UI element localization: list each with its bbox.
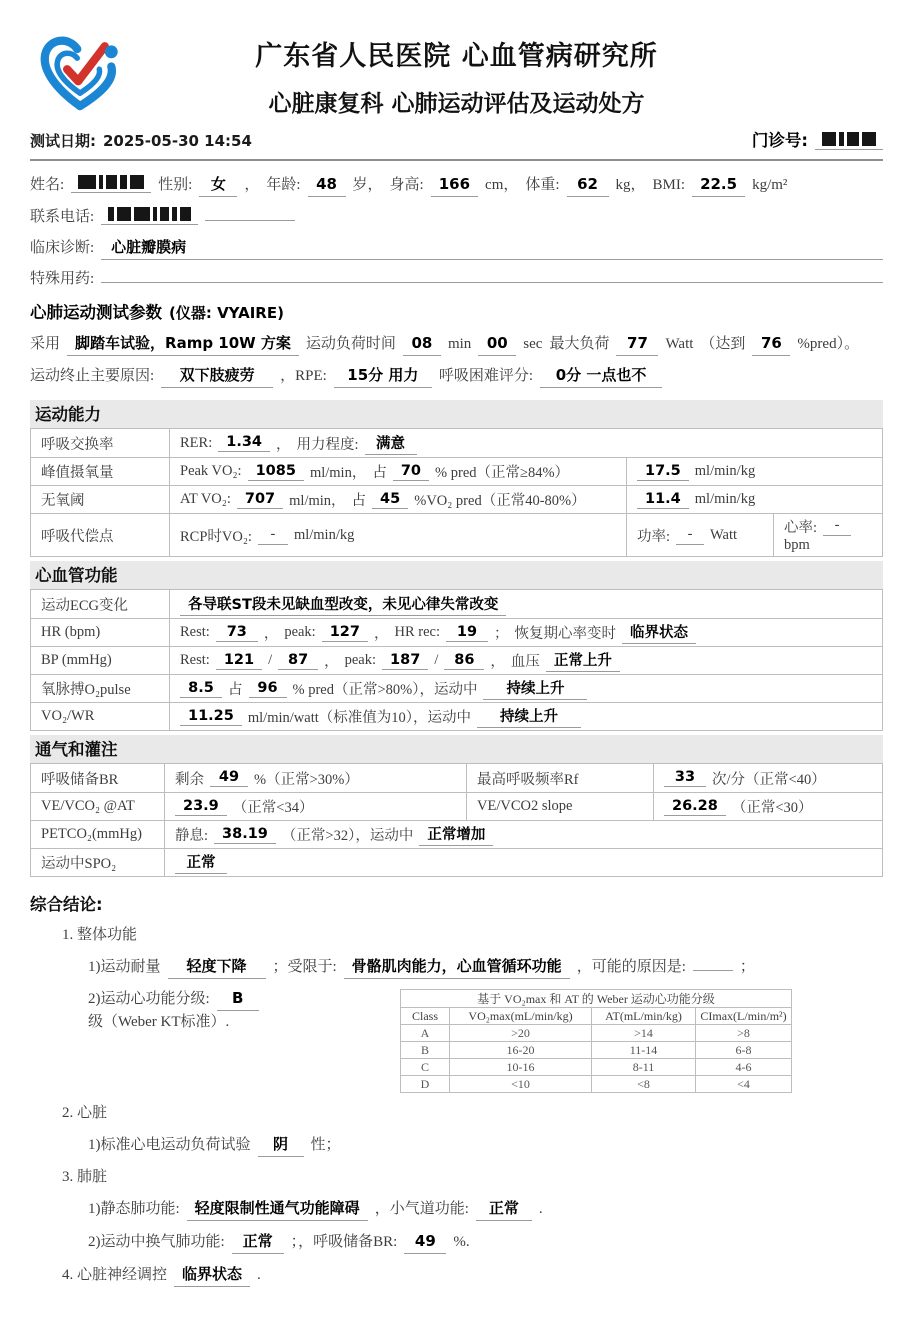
test-date-label: 测试日期: [30,130,96,152]
text-segment: 最大负荷 [549,333,609,355]
value-cell: 剩余49%（正常>30%） [164,764,466,792]
row-label-cell: 运动中SPO₂ [31,849,164,876]
value-cell: 各导联ST段未见缺血型改变，未见心律失常改变 [169,590,882,618]
row-label-cell: 呼吸储备BR [31,764,164,792]
text-segment: 采用 [30,333,60,355]
text-segment: AT(mL/min/kg) [605,1009,682,1024]
conclusion-heading: 综合结论: [30,891,883,915]
section-exercise-capacity: 运动能力 [30,400,883,428]
text-segment: <10 [511,1077,530,1092]
rcp-vo2: - [258,526,288,545]
peak-vo2: 1085 [248,463,304,481]
table-row: VE/VCO₂ @AT23.9（正常<34）VE/VCO2 slope26.28… [31,792,882,820]
text-segment: 6-8 [736,1043,752,1058]
text-segment: 级（Weber KT标准）. [88,1011,229,1033]
row-label-cell: 无氧阈 [31,486,169,513]
bp-peak-dia: 86 [444,652,484,670]
value-cell: 10-16 [449,1059,591,1075]
clinic-no-redacted [815,131,883,150]
row-label-cell: 运动ECG变化 [31,590,169,618]
row-label-cell: 基于 VO₂max 和 AT 的 Weber 运动心功能分级 [401,990,791,1007]
params-title: 心肺运动测试参数 [30,302,162,324]
text-segment: HR (bpm) [41,624,100,641]
bp-peak-sys: 187 [382,652,428,670]
text-segment: >8 [737,1026,750,1041]
cardiovascular-table: 运动ECG变化各导联ST段未见缺血型改变，未见心律失常改变HR (bpm)Res… [30,589,883,731]
text-segment: HR rec: [395,624,441,641]
text-segment: 10-16 [507,1060,535,1075]
bmi-label: BMI: [653,174,686,196]
conclusion-heart: 2. 心脏 [62,1102,883,1124]
text-segment: ml/min/kg [695,491,755,508]
heart-heading: 2. 心脏 [62,1102,107,1124]
conclusion-ecg-test-line: 1)标准心电运动负荷试验阴性； [88,1133,883,1157]
o2pulse-pct: 96 [249,680,287,698]
value-cell: 8.5占96% pred（正常>80%），运动中持续上升 [169,675,882,702]
weight-label: 体重: [525,174,559,196]
age-value: 48 [308,173,346,197]
conclusion-tolerance-line: 1)运动耐量轻度下降；受限于:骨骼肌肉能力，心血管循环功能，可能的原因是:； [88,955,883,979]
value-cell: <10 [449,1076,591,1092]
value-cell: <8 [591,1076,695,1092]
text-segment: ； [494,622,509,643]
value-cell: 33次/分（正常<40） [653,764,882,792]
phone-label: 联系电话: [30,206,94,228]
value-cell: 23.9（正常<34） [164,793,466,820]
gender-value: 女 [199,173,237,197]
text-segment: ；，呼吸储备BR: [291,1231,398,1253]
protocol-value: 脚踏车试验，Ramp 10W 方案 [67,332,299,356]
report-header: 广东省人民医院 心血管病研究所 心脏康复科 心肺运动评估及运动处方 [30,0,883,118]
value-cell: <4 [695,1076,791,1092]
text-segment: 最高呼吸频率Rf [477,768,579,789]
text-segment: ， [264,622,279,643]
text-segment: ， [244,174,259,196]
value-cell: 11.25ml/min/watt（标准值为10），运动中持续上升 [169,703,882,730]
autonomic-status: 临界状态 [174,1263,250,1287]
ventilation-table: 呼吸储备BR剩余49%（正常>30%）最高呼吸频率Rf33次/分（正常<40）V… [30,763,883,877]
o2pulse-value: 8.5 [180,680,222,698]
table-row: 呼吸交换率RER:1.34，用力程度:满意 [31,429,882,457]
petco2-rest: 38.19 [214,826,276,844]
text-segment: 1)静态肺功能: [88,1198,180,1220]
text-segment: RER: [180,435,212,452]
weight-value: 62 [567,173,609,197]
text-segment: 1)标准心电运动负荷试验 [88,1134,251,1156]
ecg-change-value: 各导联ST段未见缺血型改变，未见心律失常改变 [180,593,506,616]
limiting-factors: 骨骼肌肉能力，心血管循环功能 [344,955,570,979]
value-cell: RCP时VO₂:-ml/min/kg [169,514,626,556]
diagnosis-value: 心脏瓣膜病 [101,236,883,260]
text-segment: / [434,652,438,669]
table-row: D<10<8<4 [401,1075,791,1092]
text-segment: ， [276,433,291,454]
value-cell: C [401,1059,449,1075]
value-cell: >8 [695,1025,791,1041]
text-segment: 占 [228,678,243,699]
ecg-stress-test-result: 阴 [258,1133,304,1157]
exercise-tolerance: 轻度下降 [168,955,266,979]
text-segment: % pred（正常>80%），运动中 [293,678,478,699]
row-label-cell: 呼吸代偿点 [31,514,169,556]
text-segment: PETCO₂(mmHg) [41,826,142,843]
hr-rest: 73 [216,624,258,642]
text-segment: %. [453,1231,469,1253]
hr-peak: 127 [322,624,368,642]
table-row: A>20>14>8 [401,1024,791,1041]
value-cell: A [401,1025,449,1041]
text-segment: 恢复期心率变时 [515,622,617,643]
vo2-wr-trend: 持续上升 [477,705,581,728]
text-segment: Rest: [180,624,210,641]
params-heading: 心肺运动测试参数(仪器: VYAIRE) [30,302,883,324]
conclusion-overall: 1. 整体功能 [62,924,883,946]
text-segment: （正常>32），运动中 [282,824,413,845]
value-cell: B [401,1042,449,1058]
header-titles: 广东省人民医院 心血管病研究所 心脏康复科 心肺运动评估及运动处方 [126,26,787,118]
conclusion-lung: 3. 肺脏 [62,1166,883,1188]
clinic-no-line: 门诊号: [752,130,883,152]
row-label-cell: PETCO₂(mmHg) [31,821,164,848]
text-segment: bpm [784,537,810,554]
row-label-cell: VE/VCO₂ @AT [31,793,164,820]
autonomic-heading: 4. 心脏神经调控 [62,1264,167,1286]
value-cell: Peak VO₂:1085ml/min，占70% pred（正常≥84%） [169,458,626,485]
text-segment: ； [740,956,755,978]
text-segment: D [421,1077,430,1092]
text-segment: （正常<34） [233,796,314,817]
bmi-value: 22.5 [692,173,745,197]
text-segment: 呼吸储备BR [41,768,118,789]
small-airway-function: 正常 [476,1197,532,1221]
text-segment: 心率: [784,516,817,537]
text-segment: 岁， [353,174,383,196]
diagnosis-line: 临床诊断:心脏瓣膜病 [30,236,883,260]
at-vo2: 707 [237,491,283,509]
text-segment: sec [523,333,542,355]
value-cell: Rest:121/87，peak:187/86，血压正常上升 [169,647,882,674]
text-segment: ， [490,650,505,671]
ve-vco2-at: 23.9 [175,798,227,816]
rcp-hr: - [823,517,851,536]
weber-class-value: B [217,987,259,1011]
text-segment: VO₂max(mL/min/kg) [468,1009,572,1024]
row-label-cell: CImax(L/min/m²) [695,1008,791,1024]
text-segment: VE/VCO₂ @AT [41,798,135,815]
text-segment: / [268,652,272,669]
phone-redacted [101,206,198,225]
name-redacted [71,174,151,193]
text-segment: Rest: [180,652,210,669]
petco2-trend: 正常增加 [419,823,493,846]
table-row: 呼吸储备BR剩余49%（正常>30%）最高呼吸频率Rf33次/分（正常<40） [31,764,882,792]
test-date-line: 测试日期:2025-05-30 14:54 [30,130,252,152]
table-row: 峰值摄氧量Peak VO₂:1085ml/min，占70% pred（正常≥84… [31,457,882,485]
load-time-sec: 00 [478,332,516,356]
load-time-min: 08 [403,332,441,356]
row-label-cell: AT(mL/min/kg) [591,1008,695,1024]
weber-classification-row: 2)运动心功能分级:B级（Weber KT标准）. 基于 VO₂max 和 AT… [30,987,883,1093]
value-cell: 心率:-bpm [773,514,882,556]
text-segment: VO₂/WR [41,708,94,725]
medication-blank [101,281,883,283]
text-segment: 运动ECG变化 [41,594,128,615]
text-segment: BP (mmHg) [41,652,112,669]
br-remaining: 49 [210,769,248,787]
bp-rest-dia: 87 [278,652,318,670]
text-segment: A [421,1026,430,1041]
value-cell: 静息:38.19（正常>32），运动中正常增加 [164,821,882,848]
text-segment: 呼吸困难评分: [439,365,533,387]
overall-function-heading: 1. 整体功能 [62,924,137,946]
clinic-no-label: 门诊号: [752,130,808,152]
text-segment: 11-14 [630,1043,658,1058]
medication-label: 特殊用药: [30,268,94,290]
hr-chronotropic-status: 临界状态 [622,621,696,644]
text-segment: >14 [634,1026,653,1041]
value-cell: 11.4ml/min/kg [626,486,882,513]
row-label-cell: VE/VCO2 slope [466,793,653,820]
value-cell: Rest:73，peak:127，HR rec:19；恢复期心率变时临界状态 [169,619,882,646]
text-segment: 运动负荷时间 [306,333,396,355]
table-row: 运动ECG变化各导联ST段未见缺血型改变，未见心律失常改变 [31,590,882,618]
hospital-logo-icon [34,26,126,118]
rer-value: 1.34 [218,434,270,452]
value-cell: 正常 [164,849,882,876]
text-segment: ml/min， [289,489,345,510]
peak-vo2-per-kg: 17.5 [637,463,689,481]
value-cell: D [401,1076,449,1092]
text-segment: B [421,1043,429,1058]
text-segment: %pred）。 [797,333,859,355]
value-cell: 功率:-Watt [626,514,773,556]
text-segment: min [448,333,471,355]
text-segment: （正常<30） [732,796,813,817]
table-row: ClassVO₂max(mL/min/kg)AT(mL/min/kg)CImax… [401,1007,791,1024]
vo2-wr-value: 11.25 [180,708,242,726]
text-segment: 8-11 [633,1060,655,1075]
text-segment: >20 [511,1026,530,1041]
rpe-value: 15分 用力 [334,364,432,388]
text-segment: %VO₂ pred（正常40-80%） [414,489,585,510]
text-segment: 性； [311,1134,341,1156]
text-segment: 无氧阈 [41,489,85,510]
text-segment: <4 [737,1077,750,1092]
row-label-cell: 氧脉搏O₂pulse [31,675,169,702]
table-row: PETCO₂(mmHg)静息:38.19（正常>32），运动中正常增加 [31,820,882,848]
termination-reason: 双下肢疲劳 [161,364,273,388]
row-label-cell: 最高呼吸频率Rf [466,764,653,792]
exercise-ventilation-function: 正常 [232,1230,284,1254]
text-segment: ， [324,650,339,671]
text-segment: ml/min/kg [294,527,354,544]
table-row: 呼吸代偿点RCP时VO₂:-ml/min/kg功率:-Watt心率:-bpm [31,513,882,556]
peak-vo2-pct: 70 [393,463,429,481]
max-load-watt: 77 [616,332,658,356]
text-segment: C [421,1060,429,1075]
text-segment: 运动终止主要原因: [30,365,154,387]
table-row: VO₂/WR11.25ml/min/watt（标准值为10），运动中持续上升 [31,702,882,730]
row-label-cell: Class [401,1008,449,1024]
row-label-cell: 峰值摄氧量 [31,458,169,485]
text-segment: . [539,1198,543,1220]
table-row: 无氧阈AT VO₂:707ml/min，占45%VO₂ pred（正常40-80… [31,485,882,513]
table-row: 基于 VO₂max 和 AT 的 Weber 运动心功能分级 [401,990,791,1007]
text-segment: ml/min/kg [695,463,755,480]
pct-pred-value: 76 [752,332,790,356]
height-value: 166 [431,173,478,197]
bp-rest-sys: 121 [216,652,262,670]
table-row: 运动中SPO₂正常 [31,848,882,876]
text-segment: ， [374,622,389,643]
table-row: 氧脉搏O₂pulse8.5占96% pred（正常>80%），运动中持续上升 [31,674,882,702]
text-segment: %（正常>30%） [254,768,359,789]
conclusion-exercise-lung-line: 2)运动中换气肺功能:正常；，呼吸储备BR:49%. [88,1230,883,1254]
text-segment: Class [412,1009,438,1024]
hr-recovery: 19 [446,624,488,642]
value-cell: >20 [449,1025,591,1041]
report-title: 心脏康复科 心肺运动评估及运动处方 [126,85,787,118]
phone-blank [205,205,295,221]
text-segment: 基于 VO₂max 和 AT 的 Weber 运动心功能分级 [477,990,715,1007]
phone-line: 联系电话: [30,205,883,228]
text-segment: 占 [352,489,367,510]
text-segment: 呼吸交换率 [41,433,114,454]
text-segment: 占 [372,461,387,482]
conclusion-autonomic-line: 4. 心脏神经调控临界状态. [62,1263,883,1287]
text-segment: ；受限于: [273,956,337,978]
device-label: (仪器: VYAIRE) [169,302,284,324]
text-segment: % pred（正常≥84%） [435,461,569,482]
text-segment: 16-20 [507,1043,535,1058]
value-cell: AT VO₂:707ml/min，占45%VO₂ pred（正常40-80%） [169,486,626,513]
static-lung-function: 轻度限制性通气功能障碍 [187,1197,368,1221]
text-segment: kg/m² [752,174,787,196]
row-label-cell: HR (bpm) [31,619,169,646]
rf-max: 33 [664,769,706,787]
row-label-cell: VO₂/WR [31,703,169,730]
height-label: 身高: [390,174,424,196]
row-label-cell: 呼吸交换率 [31,429,169,457]
patient-info-line: 姓名:性别:女，年龄:48岁，身高:166cm，体重:62kg，BMI:22.5… [30,173,883,197]
gender-label: 性别: [158,174,192,196]
weber-class-line: 2)运动心功能分级:B级（Weber KT标准）. [88,987,400,1033]
text-segment: 2)运动中换气肺功能: [88,1231,225,1253]
conclusion-static-lung-line: 1)静态肺功能:轻度限制性通气功能障碍，小气道功能:正常. [88,1197,883,1221]
value-cell: 17.5ml/min/kg [626,458,882,485]
table-row: HR (bpm)Rest:73，peak:127，HR rec:19；恢复期心率… [31,618,882,646]
text-segment: 静息: [175,824,208,845]
text-segment: Peak VO₂: [180,463,242,480]
ve-vco2-slope: 26.28 [664,798,726,816]
text-segment: AT VO₂: [180,491,231,508]
meta-row: 测试日期:2025-05-30 14:54 门诊号: [30,130,883,161]
text-segment: 功率: [637,525,670,546]
text-segment: RCP时VO₂: [180,525,252,546]
text-segment: 氧脉搏O₂pulse [41,678,131,699]
text-segment: peak: [345,652,376,669]
value-cell: 26.28（正常<30） [653,793,882,820]
text-segment: Watt [710,527,737,544]
text-segment: 用力程度: [297,433,359,454]
bp-trend: 正常上升 [546,649,620,672]
o2pulse-trend: 持续上升 [483,677,587,700]
text-segment: 剩余 [175,768,204,789]
text-segment: （达到 [700,333,745,355]
br-conclusion-value: 49 [404,1230,446,1254]
weber-table: 基于 VO₂max 和 AT 的 Weber 运动心功能分级ClassVO₂ma… [400,989,792,1093]
possible-cause-blank [693,955,733,971]
text-segment: 呼吸代偿点 [41,525,114,546]
text-segment: ，小气道功能: [375,1198,469,1220]
rcp-watt: - [676,526,704,545]
text-segment: peak: [284,624,315,641]
value-cell: RER:1.34，用力程度:满意 [169,429,882,457]
at-vo2-pct: 45 [372,491,408,509]
value-cell: >14 [591,1025,695,1041]
text-segment: ，可能的原因是: [577,956,686,978]
medication-line: 特殊用药: [30,268,883,290]
table-row: B16-2011-146-8 [401,1041,791,1058]
text-segment: . [257,1264,261,1286]
text-segment: 1)运动耐量 [88,956,161,978]
text-segment: ml/min， [310,461,366,482]
text-segment: 运动中SPO₂ [41,852,116,873]
value-cell: 8-11 [591,1059,695,1075]
text-segment: 血压 [511,650,540,671]
text-segment: kg， [616,174,646,196]
value-cell: 16-20 [449,1042,591,1058]
value-cell: 11-14 [591,1042,695,1058]
value-cell: 4-6 [695,1059,791,1075]
test-date-value: 2025-05-30 14:54 [103,130,252,152]
spo2-status: 正常 [175,851,227,874]
text-segment: 次/分（正常<40） [712,768,826,789]
exercise-capacity-table: 呼吸交换率RER:1.34，用力程度:满意峰值摄氧量Peak VO₂:1085m… [30,428,883,557]
row-label-cell: VO₂max(mL/min/kg) [449,1008,591,1024]
text-segment: VE/VCO2 slope [477,798,572,815]
text-segment: 2)运动心功能分级: [88,988,210,1010]
table-row: C10-168-114-6 [401,1058,791,1075]
report-page: 广东省人民医院 心血管病研究所 心脏康复科 心肺运动评估及运动处方 测试日期:2… [0,0,913,1327]
value-cell: 6-8 [695,1042,791,1058]
text-segment: cm， [485,174,518,196]
text-segment: 4-6 [736,1060,752,1075]
text-segment: 峰值摄氧量 [41,461,114,482]
text-segment: ml/min/watt（标准值为10），运动中 [248,706,471,727]
hospital-title: 广东省人民医院 心血管病研究所 [126,34,787,73]
lung-heading: 3. 肺脏 [62,1166,107,1188]
name-label: 姓名: [30,174,64,196]
age-label: 年龄: [266,174,300,196]
row-label-cell: BP (mmHg) [31,647,169,674]
dyspnea-score: 0分 一点也不 [540,364,662,388]
section-ventilation: 通气和灌注 [30,735,883,763]
termination-line: 运动终止主要原因:双下肢疲劳，RPE:15分 用力呼吸困难评分:0分 一点也不 [30,364,883,388]
text-segment: ，RPE: [280,365,327,387]
section-cardiovascular: 心血管功能 [30,561,883,589]
table-row: BP (mmHg)Rest:121/87，peak:187/86，血压正常上升 [31,646,882,674]
protocol-line: 采用脚踏车试验，Ramp 10W 方案运动负荷时间08min00sec最大负荷7… [30,332,883,356]
effort-level: 满意 [365,432,417,455]
diagnosis-label: 临床诊断: [30,237,94,259]
text-segment: <8 [637,1077,650,1092]
at-vo2-per-kg: 11.4 [637,491,689,509]
text-segment: CImax(L/min/m²) [700,1009,786,1024]
text-segment: Watt [665,333,693,355]
